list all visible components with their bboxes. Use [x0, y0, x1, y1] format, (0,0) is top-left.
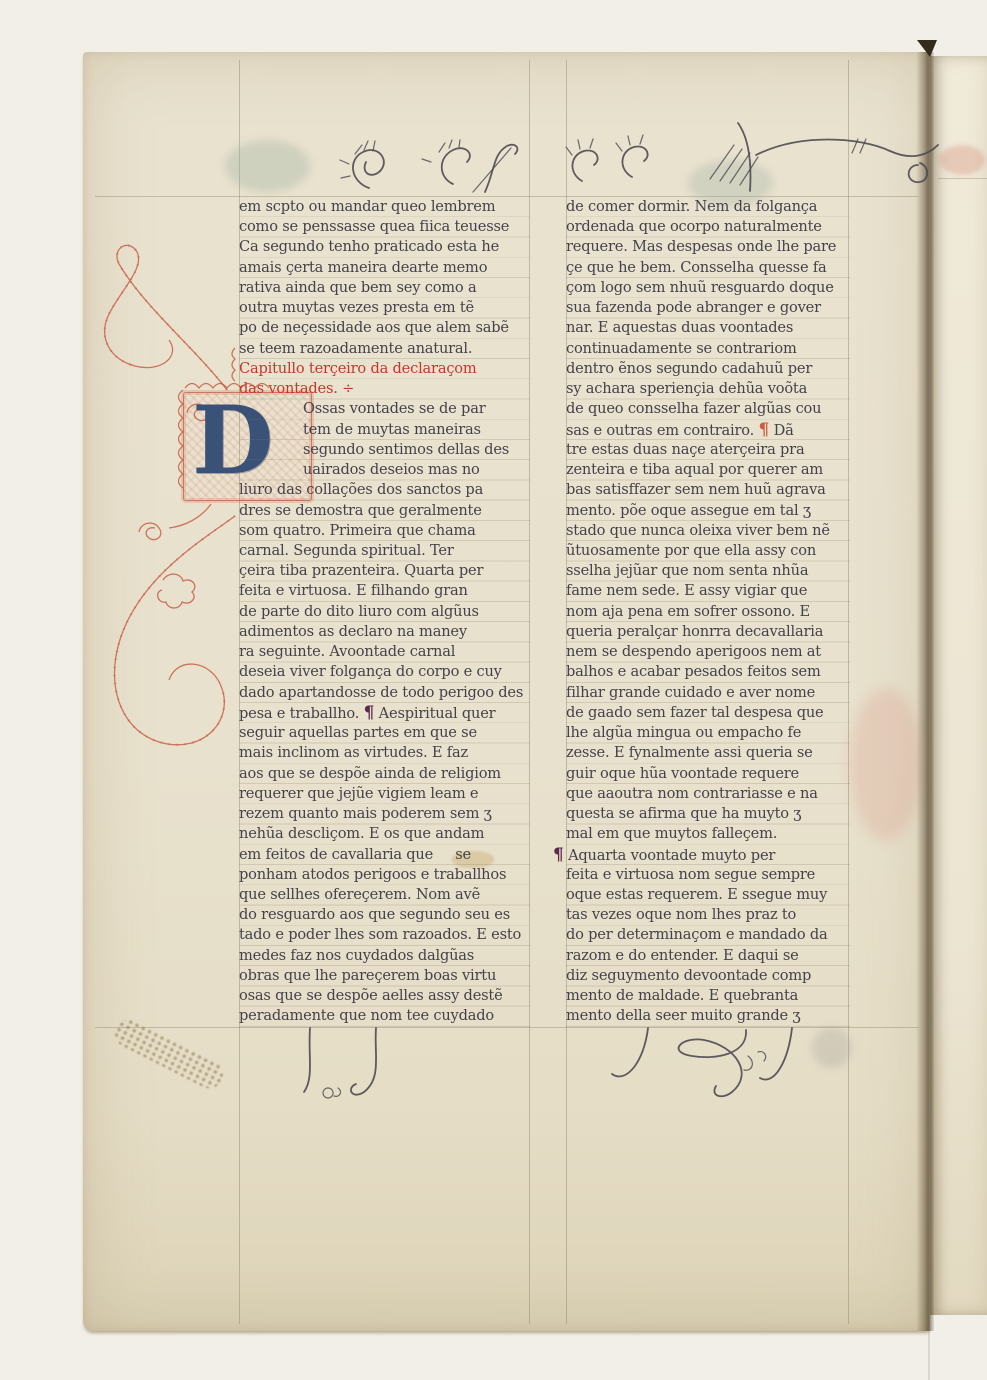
body-text: diz seguymento devoontade comp	[566, 967, 811, 984]
text-line: nehũa descliçom. E os que andam	[239, 824, 530, 844]
text-line: obras que lhe pareçerem boas virtu	[239, 966, 530, 986]
rubric-text: Capitullo terçeiro da declaraçom	[239, 360, 477, 377]
text-line: segundo sentimos dellas des	[239, 440, 530, 460]
manuscript-photo: D em scpto ou mandar queo lembremcomo se…	[0, 0, 987, 1380]
rubric-text: das vontades. ÷	[239, 380, 354, 397]
text-line: liuro das collações dos sanctos pa	[239, 480, 530, 500]
body-text: Aespiritual quer	[374, 705, 495, 722]
body-text: continuadamente se contrariom	[566, 340, 797, 357]
cadel-flourish-col2	[560, 115, 942, 200]
text-line: diz seguymento devoontade comp	[566, 966, 850, 986]
text-line: sua fazenda pode abranger e gover	[566, 298, 850, 318]
body-text: do resguardo aos que segundo seu es	[239, 906, 510, 923]
body-text: tado e poder lhes som razoados. E esto	[239, 926, 521, 943]
showthrough-ghost-red	[940, 145, 985, 175]
body-text: çe que he bem. Consselha quesse fa	[566, 259, 827, 276]
text-line: requere. Mas despesas onde lhe pare	[566, 237, 850, 257]
text-line: ra seguinte. Avoontade carnal	[239, 642, 530, 662]
text-line: feita e virtuosa nom segue sempre	[566, 865, 850, 885]
text-line: que aaoutra nom contrariasse e na	[566, 784, 850, 804]
text-line: uairados deseios mas no	[239, 460, 530, 480]
text-line: tas vezes oque nom lhes praz to	[566, 905, 850, 925]
text-line: zesse. E fynalmente assi queria se	[566, 743, 850, 763]
body-text: Aquarta voontade muyto per	[564, 847, 776, 864]
text-line: tado e poder lhes som razoados. E esto	[239, 925, 530, 945]
descender-flourish-col1	[288, 1026, 418, 1111]
descender-flourish-col2	[596, 1026, 826, 1116]
body-text: çom logo sem nhuũ resguardo doque	[566, 279, 834, 296]
text-column-1: em scpto ou mandar queo lembremcomo se p…	[239, 197, 530, 1028]
body-text: nehũa descliçom. E os que andam	[239, 825, 484, 842]
text-line: rezem quanto mais poderem sem ʒ	[239, 804, 530, 824]
text-line: mento della seer muito grande ʒ	[566, 1006, 850, 1026]
body-text: stado que nunca oleixa viver bem nẽ	[566, 522, 830, 539]
body-text: zesse. E fynalmente assi queria se	[566, 744, 813, 761]
body-text: peradamente que nom tee cuydado	[239, 1007, 494, 1024]
text-line: tre estas duas naçe aterçeira pra	[566, 440, 850, 460]
text-line: ponham atodos perigoos e traballhos	[239, 865, 530, 885]
text-line: oque estas requerem. E ssegue muy	[566, 885, 850, 905]
body-text: deseia viver folgança do corpo e cuy	[239, 663, 502, 680]
text-line: ũtuosamente por que ella assy con	[566, 541, 850, 561]
body-text: nem se despendo aperigoos nem at	[566, 643, 821, 660]
body-text: mais inclinom as virtudes. E faz	[239, 744, 468, 761]
book-gutter	[916, 52, 934, 1331]
body-text: em scpto ou mandar queo lembrem	[239, 198, 495, 215]
body-text: de gaado sem fazer tal despesa que	[566, 704, 824, 721]
body-text: lhe algũa mingua ou empacho fe	[566, 724, 801, 741]
body-text: outra muytas vezes presta em tẽ	[239, 299, 474, 316]
body-text: mal em que muytos falleçem.	[566, 825, 777, 842]
text-line: fame nem sede. E assy vigiar que	[566, 581, 850, 601]
text-line: filhar grande cuidado e aver nome	[566, 683, 850, 703]
body-text: sua fazenda pode abranger e gover	[566, 299, 821, 316]
body-text: segundo sentimos dellas des	[303, 441, 509, 458]
body-text: çeira tiba prazenteira. Quarta per	[239, 562, 483, 579]
body-text: ponham atodos perigoos e traballhos	[239, 866, 506, 883]
body-text: zenteira e tiba aqual por querer am	[566, 461, 823, 478]
showthrough-ghost-red	[850, 688, 922, 840]
text-line: nem se despendo aperigoos nem at	[566, 642, 850, 662]
text-line: dres se demostra que geralmente	[239, 501, 530, 521]
body-text: requerer que jejũe vigiem leam e	[239, 785, 478, 802]
body-text: oque estas requerem. E ssegue muy	[566, 886, 827, 903]
body-text: sselha jejũar que nom senta nhũa	[566, 562, 808, 579]
body-text: que sellhes ofereçerem. Nom avẽ	[239, 886, 480, 903]
text-line: Ca segundo tenho praticado esta he	[239, 237, 530, 257]
body-text: do per determinaçom e mandado da	[566, 926, 828, 943]
body-text: Dã	[769, 422, 793, 439]
text-line: nom aja pena em sofrer ossono. E	[566, 602, 850, 622]
text-line: tem de muytas maneiras	[239, 420, 530, 440]
body-text: rezem quanto mais poderem sem ʒ	[239, 805, 492, 822]
text-line: aos que se despõe ainda de religiom	[239, 764, 530, 784]
text-line: pesa e traballho. ¶ Aespiritual quer	[239, 703, 530, 723]
body-text: nom aja pena em sofrer ossono. E	[566, 603, 810, 620]
text-line: seguir aquellas partes em que se	[239, 723, 530, 743]
text-line: nar. E aquestas duas voontades	[566, 318, 850, 338]
text-line: osas que se despõe aelles assy destẽ	[239, 986, 530, 1006]
body-text: requere. Mas despesas onde lhe pare	[566, 238, 836, 255]
body-text: em feitos de cavallaria que se	[239, 846, 471, 863]
text-line: mento. põe oque assegue em tal ʒ	[566, 501, 850, 521]
body-text: tem de muytas maneiras	[303, 421, 481, 438]
text-line: sas e outras em contrairo. ¶ Dã	[566, 420, 850, 440]
text-line: carnal. Segunda spiritual. Ter	[239, 541, 530, 561]
text-line: de comer dormir. Nem da folgança	[566, 197, 850, 217]
body-text: aos que se despõe ainda de religiom	[239, 765, 501, 782]
text-line: em feitos de cavallaria que se	[239, 845, 530, 865]
text-line: po de neçessidade aos que alem sabẽ	[239, 318, 530, 338]
text-line: çe que he bem. Consselha quesse fa	[566, 258, 850, 278]
text-line: das vontades. ÷	[239, 379, 530, 399]
body-text: mento. põe oque assegue em tal ʒ	[566, 502, 811, 519]
body-text: pesa e traballho.	[239, 705, 364, 722]
body-text: fame nem sede. E assy vigiar que	[566, 582, 807, 599]
body-text: guir oque hũa voontade requere	[566, 765, 799, 782]
text-line: queria peralçar honrra decavallaria	[566, 622, 850, 642]
body-text: adimentos as declaro na maney	[239, 623, 467, 640]
body-text: mento de maldade. E quebranta	[566, 987, 798, 1004]
body-text: dres se demostra que geralmente	[239, 502, 482, 519]
body-text: ũtuosamente por que ella assy con	[566, 542, 816, 559]
text-line: sy achara speriençia dehũa voõta	[566, 379, 850, 399]
text-line: que sellhes ofereçerem. Nom avẽ	[239, 885, 530, 905]
body-text: ordenada que ocorpo naturalmente	[566, 218, 822, 235]
body-text: como se penssasse quea fiica teuesse	[239, 218, 509, 235]
text-line: de parte do dito liuro com algũus	[239, 602, 530, 622]
text-line: zenteira e tiba aqual por querer am	[566, 460, 850, 480]
text-line: mal em que muytos falleçem.	[566, 824, 850, 844]
body-text: sy achara speriençia dehũa voõta	[566, 380, 807, 397]
body-text: amais çerta maneira dearte memo	[239, 259, 487, 276]
body-text: feita e virtuosa. E filhando gran	[239, 582, 468, 599]
paraph-mark: ¶	[364, 703, 375, 723]
text-line: amais çerta maneira dearte memo	[239, 258, 530, 278]
text-line: do resguardo aos que segundo seu es	[239, 905, 530, 925]
text-line: Capitullo terçeiro da declaraçom	[239, 359, 530, 379]
text-column-2: de comer dormir. Nem da folgançaordenada…	[566, 197, 850, 1028]
body-text: nar. E aquestas duas voontades	[566, 319, 793, 336]
body-text: Ossas vontades se de par	[303, 400, 485, 417]
text-line: deseia viver folgança do corpo e cuy	[239, 662, 530, 682]
body-text: de comer dormir. Nem da folgança	[566, 198, 817, 215]
body-text: seguir aquellas partes em que se	[239, 724, 477, 741]
text-line: peradamente que nom tee cuydado	[239, 1006, 530, 1026]
text-line: outra muytas vezes presta em tẽ	[239, 298, 530, 318]
text-line: çom logo sem nhuũ resguardo doque	[566, 278, 850, 298]
body-text: som quatro. Primeira que chama	[239, 522, 476, 539]
text-line: questa se afirma que ha muyto ʒ	[566, 804, 850, 824]
body-text: dentro ẽnos segundo cadahuũ per	[566, 360, 812, 377]
body-text: tre estas duas naçe aterçeira pra	[566, 441, 804, 458]
body-text: filhar grande cuidado e aver nome	[566, 684, 815, 701]
text-line: razom e do entender. E daqui se	[566, 946, 850, 966]
body-text: liuro das collações dos sanctos pa	[239, 481, 483, 498]
text-line: balhos e acabar pesados feitos sem	[566, 662, 850, 682]
text-line: rativa ainda que bem sey como a	[239, 278, 530, 298]
text-line: dado apartandosse de todo perigoo des	[239, 683, 530, 703]
body-text: queria peralçar honrra decavallaria	[566, 623, 823, 640]
facing-page-edge	[930, 56, 987, 1315]
body-text: rativa ainda que bem sey como a	[239, 279, 476, 296]
text-line: do per determinaçom e mandado da	[566, 925, 850, 945]
text-line: dentro ẽnos segundo cadahuũ per	[566, 359, 850, 379]
text-line: de gaado sem fazer tal despesa que	[566, 703, 850, 723]
body-text: medes faz nos cuydados dalgũas	[239, 947, 474, 964]
text-line: mais inclinom as virtudes. E faz	[239, 743, 530, 763]
body-text: de queo consselha fazer algũas cou	[566, 400, 821, 417]
text-line: como se penssasse quea fiica teuesse	[239, 217, 530, 237]
gutter-seam	[928, 1331, 930, 1380]
body-text: osas que se despõe aelles assy destẽ	[239, 987, 503, 1004]
body-text: tas vezes oque nom lhes praz to	[566, 906, 796, 923]
text-line: medes faz nos cuydados dalgũas	[239, 946, 530, 966]
text-line: em scpto ou mandar queo lembrem	[239, 197, 530, 217]
text-line: guir oque hũa voontade requere	[566, 764, 850, 784]
paraph-mark: ¶	[553, 845, 564, 865]
text-line: ¶ Aquarta voontade muyto per	[553, 845, 850, 865]
body-text: sas e outras em contrairo.	[566, 422, 759, 439]
leaf-edge-line	[938, 178, 987, 179]
body-text: que aaoutra nom contrariasse e na	[566, 785, 818, 802]
text-line: continuadamente se contrariom	[566, 339, 850, 359]
body-text: de parte do dito liuro com algũus	[239, 603, 479, 620]
text-line: lhe algũa mingua ou empacho fe	[566, 723, 850, 743]
text-line: som quatro. Primeira que chama	[239, 521, 530, 541]
body-text: razom e do entender. E daqui se	[566, 947, 799, 964]
text-line: mento de maldade. E quebranta	[566, 986, 850, 1006]
text-line: Ossas vontades se de par	[239, 399, 530, 419]
body-text: obras que lhe pareçerem boas virtu	[239, 967, 496, 984]
text-line: sselha jejũar que nom senta nhũa	[566, 561, 850, 581]
text-line: ordenada que ocorpo naturalmente	[566, 217, 850, 237]
gutter-notch	[917, 40, 937, 57]
text-line: adimentos as declaro na maney	[239, 622, 530, 642]
body-text: se teem razoadamente anatural.	[239, 340, 472, 357]
body-text: mento della seer muito grande ʒ	[566, 1007, 800, 1024]
paraph-mark: ¶	[759, 420, 770, 440]
body-text: Ca segundo tenho praticado esta he	[239, 238, 499, 255]
showthrough-ghost	[225, 140, 310, 192]
body-text: questa se afirma que ha muyto ʒ	[566, 805, 801, 822]
body-text: ra seguinte. Avoontade carnal	[239, 643, 455, 660]
body-text: po de neçessidade aos que alem sabẽ	[239, 319, 509, 336]
text-line: çeira tiba prazenteira. Quarta per	[239, 561, 530, 581]
text-line: de queo consselha fazer algũas cou	[566, 399, 850, 419]
text-line: bas satisffazer sem nem huũ agrava	[566, 480, 850, 500]
body-text: carnal. Segunda spiritual. Ter	[239, 542, 454, 559]
body-text: dado apartandosse de todo perigoo des	[239, 684, 523, 701]
body-text: feita e virtuosa nom segue sempre	[566, 866, 815, 883]
body-text: bas satisffazer sem nem huũ agrava	[566, 481, 826, 498]
text-line: feita e virtuosa. E filhando gran	[239, 581, 530, 601]
text-line: stado que nunca oleixa viver bem nẽ	[566, 521, 850, 541]
body-text: balhos e acabar pesados feitos sem	[566, 663, 821, 680]
cadel-flourish-col1	[335, 140, 530, 200]
text-line: se teem razoadamente anatural.	[239, 339, 530, 359]
body-text: uairados deseios mas no	[303, 461, 480, 478]
text-line: requerer que jejũe vigiem leam e	[239, 784, 530, 804]
